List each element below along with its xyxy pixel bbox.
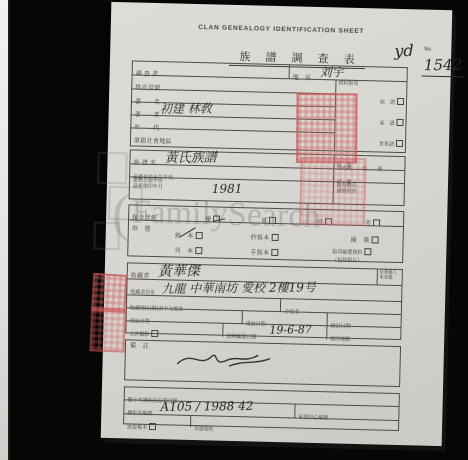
checkbox-icon <box>195 247 202 254</box>
red-edge-seal-upper <box>91 273 127 313</box>
origin-area-label: 原籍社會地區 <box>134 138 172 145</box>
checkbox-icon <box>149 423 156 430</box>
checkbox-icon <box>271 234 278 241</box>
box-bibliographic: 調 查 者 地 區 刘宇 姓氏堂號 書 名 著 者 初建 林敎 <box>130 60 408 153</box>
number-value: 1542 <box>424 56 462 74</box>
material-category-panel: 資料類別 族 譜 家 譜 世系譜 其 他 <box>334 80 407 152</box>
checkbox-icon <box>364 248 371 255</box>
material-category-title: 資料類別 <box>338 81 404 88</box>
category-option-label: 世系譜 <box>379 141 394 147</box>
remarks-label: 備 註 <box>130 343 149 350</box>
format-option-label: 手寫本 <box>250 250 269 256</box>
permission-label: 允許攝影 <box>129 331 149 337</box>
owner-handwritten-name: 黃華傑 <box>158 260 200 280</box>
checkbox-icon <box>397 97 404 104</box>
red-edge-seal-lower <box>89 307 126 352</box>
format-row: 形 態 刻 本 抄寫本 線 裝 刊 本 手寫本 影印縮製資料 <box>128 220 403 262</box>
category-option-lineage: 世系譜 <box>337 131 404 151</box>
scanner-edge-strip <box>0 0 10 460</box>
copy-request-field: 需要複本 <box>124 414 190 427</box>
box-filming: 關于本譜狀況記載目錄 攝影室編號 A105 / 1988 42 家譜中心編號 需… <box>123 386 400 431</box>
remarks-handwritten-scribble <box>173 346 284 375</box>
meeting-place-field: 接洽地點 <box>326 326 400 341</box>
box-owner: 收藏者 黃華傑 是華僑人 本省僑 收藏者住址 九龍 中華南坊 愛校 2樓19号 … <box>125 262 403 340</box>
permission-field: 允許攝影 <box>126 321 222 336</box>
format-option-print: 刊 本 <box>174 240 202 259</box>
checkbox-icon <box>371 236 378 243</box>
handwritten-sheet-number: No. 1542 <box>422 38 465 78</box>
film-date-handwritten: 19-6-87 <box>269 323 312 336</box>
category-option-clan: 族 譜 <box>338 89 405 109</box>
box-condition: 保全狀況 優 良 可 劣 形 態 刻 本 <box>127 204 404 263</box>
checkbox-icon <box>151 330 158 337</box>
handwritten-initials: yd <box>394 41 413 60</box>
sheet-title-en: CLAN GENEALOGY IDENTIFICATION SHEET <box>111 22 452 37</box>
number-prefix: No. <box>424 47 433 53</box>
owner-address-handwritten: 九龍 中華南坊 愛校 2樓19号 <box>161 278 316 297</box>
area-handwritten-value: 刘宇 <box>320 63 344 80</box>
owner-note-field: 是華僑人 本省僑 <box>377 269 402 285</box>
category-option-family: 家 譜 <box>337 110 404 130</box>
box-remarks: 備 註 <box>124 339 401 387</box>
format-note-line1: 影印縮製資料 <box>332 249 362 256</box>
origin-area-field: 原籍社會地區 <box>131 127 334 150</box>
box-genealogy-title: 族 譜 名 黃氏族譜 總卷數 卷 冊 最舊祖先出生年代 頁 數 最舊古版年份 最… <box>129 149 406 206</box>
missing-pages-field: 缺卷缺頁 補修情形 <box>332 182 404 205</box>
checkbox-icon <box>271 249 278 256</box>
meeting-place-label: 接洽地點 <box>330 336 350 342</box>
checkbox-icon <box>396 118 403 125</box>
film-number-handwritten: A105 / 1988 42 <box>160 399 253 414</box>
format-label: 形 態 <box>132 226 151 233</box>
category-option-label: 族 譜 <box>380 99 395 105</box>
category-option-label: 家 譜 <box>379 120 394 126</box>
owner-note-line2: 本省僑 <box>379 275 402 280</box>
genealogy-form-paper: CLAN GENEALOGY IDENTIFICATION SHEET 族 譜 … <box>101 2 453 446</box>
edition-year-field: 最舊古版年份 最新復印年月 1981 <box>130 177 333 203</box>
return-address-field: 寄還地址 <box>190 416 398 432</box>
checkbox-icon <box>196 232 203 239</box>
genealogy-name-handwritten: 黃氏族譜 <box>165 147 217 167</box>
format-option-handwritten: 手寫本 <box>250 241 278 260</box>
missing-pages-label-2: 補修情形 <box>336 189 403 196</box>
edition-year-handwritten: 1981 <box>212 182 243 196</box>
format-note-line2: （包括相片） <box>332 258 371 264</box>
format-option-microfilm-note: 影印縮製資料 （包括相片） <box>332 240 372 264</box>
film-date-field: 預期攝製日期 19-6-87 <box>222 324 326 340</box>
return-address-label: 寄還地址 <box>194 426 214 432</box>
checkbox-icon <box>396 139 403 146</box>
copy-request-label: 需要複本 <box>127 424 147 430</box>
format-option-label: 刊 本 <box>174 249 193 255</box>
film-date-label: 預期攝製日期 <box>226 334 256 341</box>
